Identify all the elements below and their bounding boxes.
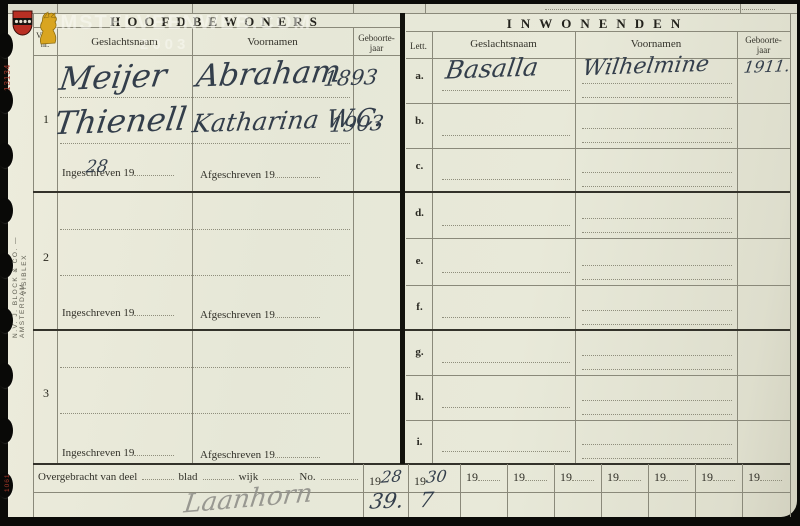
column-line [737,31,738,464]
row-line [406,285,790,286]
writing-line [442,224,570,226]
row-letter: e. [407,255,432,267]
printer-name-text: VISIBLEX [21,225,28,295]
watermark-site: AMSTELVEENWEB.COM [44,12,312,35]
writing-line [442,450,570,452]
deregistered-label-group1: Afgeschreven 19 [200,167,320,181]
group-separator [33,329,790,331]
registered-label-group3: Ingeschreven 19 [62,445,174,459]
year-printed: 19 [560,470,572,484]
scanned-register-document: { "watermark": { "site": "AMSTELVEENWEB.… [0,0,800,526]
writing-line [582,82,732,84]
writing-line [60,412,350,414]
column-header-birthyear: Geboorte- jaar [353,33,400,53]
writing-line [582,323,732,325]
year-written: 28 [380,466,403,486]
dotted-fill [263,469,294,480]
row-letter: b. [407,115,432,127]
row-letter: h. [407,391,432,403]
column-header-birthyear-right-line2: jaar [757,45,771,55]
year-printed: 19 [369,474,381,488]
cell-line [507,464,508,517]
writing-line [582,264,732,266]
row-line [406,375,790,376]
registered-label-text: Ingeschreven 19 [62,307,134,319]
cell-line [601,464,602,517]
writing-line [582,127,732,129]
writing-line [582,278,732,280]
writing-line [60,228,350,230]
grid-line [406,31,790,32]
column-line [432,31,433,464]
handwritten-registration-year: 28 [85,157,110,178]
dotted-fill [275,167,320,178]
writing-line [60,142,350,144]
year-printed: 19 [513,470,525,484]
amstelveen-coat-of-arms [11,8,63,50]
grid-line [353,4,354,13]
deregistered-label-group2: Afgeschreven 19 [200,307,320,321]
section-title-inwonenden: INWONENDEN [406,16,790,32]
writing-line [582,413,732,415]
row-letter: d. [407,207,432,219]
deregistered-label-text: Afgeschreven 19 [200,169,275,181]
dotted-fill [321,469,358,480]
handwritten-firstnames: Abraham [194,54,343,95]
year-cell: 19 [513,470,547,485]
writing-line [582,96,732,98]
handwritten-surname: Basalla [444,52,541,84]
grid-line [33,55,401,56]
watermark-year: 2003 [140,36,189,53]
year-cell: 19 [466,470,500,485]
table-bottom-line [33,463,790,465]
row-line [406,238,790,239]
year-printed: 19 [654,470,666,484]
row-line [406,420,790,421]
dotted-fill [203,469,234,480]
year-cell: 19 [654,470,688,485]
handwritten-birthyear: 1893 [322,65,379,91]
dotted-fill [478,470,500,481]
dotted-fill [619,470,641,481]
writing-line [582,217,732,219]
deregistered-label-text: Afgeschreven 19 [200,309,275,321]
column-header-birthyear-line1: Geboorte- [358,33,394,43]
handwritten-surname: Meijer [57,56,169,98]
dotted-fill [142,469,173,480]
column-header-letter: Lett. [405,41,432,51]
year-printed: 19 [748,470,760,484]
group-number: 3 [35,386,57,401]
cell-line [695,464,696,517]
writing-line [60,274,350,276]
group-number: 2 [35,250,57,265]
writing-line [582,171,732,173]
year-cell: 19 [748,470,782,485]
row-letter: a. [407,70,432,82]
writing-line [442,178,570,180]
deregistered-label-text: Afgeschreven 19 [200,449,275,461]
year-cell: 1930 [414,470,446,489]
transfer-label-wijk: wijk [239,471,259,483]
handwritten-number: 39. [368,488,405,513]
column-header-firstnames-right: Voornamen [575,38,737,50]
cell-line [742,464,743,517]
form-code-stamp: 1061 [4,462,11,492]
writing-line [60,96,350,98]
grid-line [425,4,426,13]
column-line [575,31,576,464]
row-line [406,148,790,149]
handwritten-birthyear: 1911. [743,56,792,77]
year-printed: 19 [607,470,619,484]
dotted-fill [760,470,782,481]
writing-line [442,406,570,408]
writing-line [60,366,350,368]
registered-label-text: Ingeschreven 19 [62,447,134,459]
writing-line [582,443,732,445]
year-cell: 19 [560,470,594,485]
writing-line [442,89,570,91]
cell-line [460,464,461,517]
column-header-birthyear-line2: jaar [370,43,384,53]
dotted-fill [134,445,174,456]
writing-line [582,399,732,401]
cell-line [648,464,649,517]
table-left-border [33,13,34,517]
writing-line [442,361,570,363]
row-letter: c. [407,160,432,172]
column-line [192,27,193,464]
deregistered-label-group3: Afgeschreven 19 [200,447,320,461]
dotted-fill [134,305,174,316]
registered-label-group1: Ingeschreven 19 [62,165,174,179]
cell-line [554,464,555,517]
row-letter: g. [407,346,432,358]
handwritten-birthyear: 1903 [328,111,385,137]
year-cell: 19 [607,470,641,485]
writing-line [442,271,570,273]
dotted-fill [666,470,688,481]
group-separator [33,191,790,193]
writing-line [582,457,732,459]
cell-line [363,464,364,517]
writing-line [582,185,732,187]
writing-line [582,354,732,356]
dotted-fill [275,447,320,458]
transfer-label-blad: blad [179,471,198,483]
registered-label-group2: Ingeschreven 19 [62,305,174,319]
year-written: 30 [425,466,448,486]
writing-line [582,141,732,143]
year-cell: 1928 [369,470,401,489]
handwritten-surname: Thienell [52,100,189,143]
dotted-fill [525,470,547,481]
writing-line [582,231,732,233]
year-printed: 19 [466,470,478,484]
row-letter: f. [407,301,432,313]
row-line [33,492,790,493]
dotted-fill [572,470,594,481]
column-header-surname-right: Geslachtsnaam [432,38,575,50]
column-header-birthyear-right-line1: Geboorte- [745,35,781,45]
writing-line [582,368,732,370]
writing-line [442,316,570,318]
column-header-birthyear-right: Geboorte- jaar [737,35,790,55]
year-cell: 19 [701,470,735,485]
handwritten-firstnames: Wilhelmine [581,52,711,81]
dotted-fill [713,470,735,481]
writing-line [582,309,732,311]
column-line [353,27,354,464]
writing-line [442,134,570,136]
year-printed: 19 [414,474,426,488]
transfer-label-deel: Overgebracht van deel [38,471,137,483]
center-divider [400,13,405,464]
year-printed: 19 [701,470,713,484]
table-right-border [790,13,791,517]
dotted-line [545,8,775,10]
dotted-fill [275,307,320,318]
dotted-fill [134,165,174,176]
column-header-firstnames: Voornamen [192,36,353,48]
row-line [406,103,790,104]
cell-line [408,464,409,517]
row-letter: i. [407,436,432,448]
